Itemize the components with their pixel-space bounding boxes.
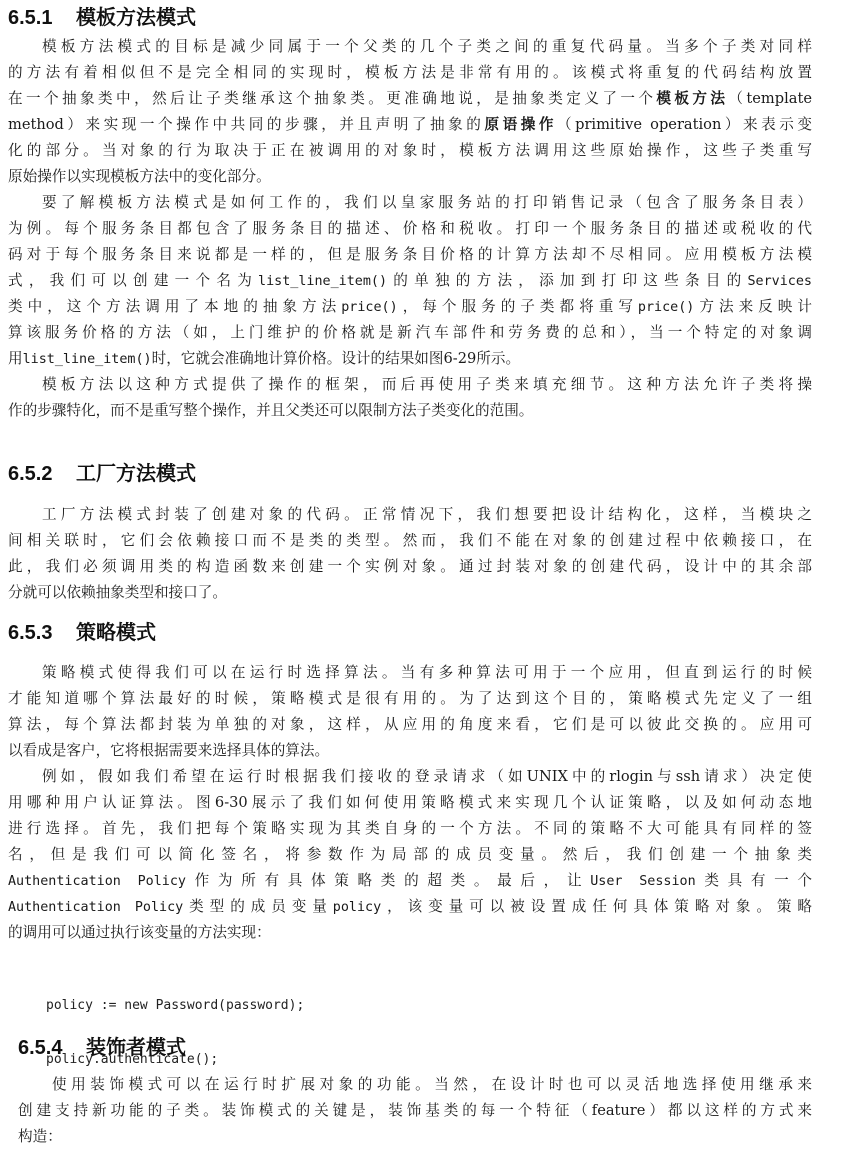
- section-number: 6.5.3: [8, 620, 76, 646]
- code-inline: Services: [747, 274, 812, 289]
- paragraph-line: 工厂方法模式封装了创建对象的代码。正常情况下，我们想要把设计结构化，这样，当模块…: [42, 502, 812, 528]
- paragraph-line: 此，我们必须调用类的构造函数来创建一个实例对象。通过封装对象的创建代码，设计中的…: [8, 554, 812, 580]
- section-title: 工厂方法模式: [76, 463, 196, 485]
- code-inline: list_line_item(): [23, 352, 152, 367]
- paragraph-line: 间相关联时，它们会依赖接口而不是类的类型。然而，我们不能在对象的创建过程中依赖接…: [8, 528, 812, 554]
- code-inline: Authentication Policy: [8, 874, 186, 889]
- paragraph-line: 模板方法以这种方式提供了操作的框架，而后再使用子类来填充细节。这种方法允许子类将…: [42, 372, 812, 398]
- text-run: 的单独的方法，添加到打印这些条目的: [387, 272, 747, 289]
- paragraph-line: 分就可以依赖抽象类型和接口了。: [8, 580, 812, 606]
- paragraph-line: 模板方法模式的目标是减少同属于一个父类的几个子类之间的重复代码量。当多个子类对同…: [42, 34, 812, 60]
- paragraph-line: 码对于每个服务条目来说都是一样的，但是服务条目价格的计算方法却不尽相同。应用模板…: [8, 242, 812, 268]
- paragraph-line: 进行选择。首先，我们把每个策略实现为其类自身的一个方法。不同的策略不大可能具有同…: [8, 816, 812, 842]
- text-run: 式，我们可以创建一个名为: [8, 272, 258, 289]
- section-number: 6.5.4: [18, 1035, 86, 1061]
- term-primitive-operation: 原语操作: [484, 116, 557, 133]
- text-run: 方法来反映计: [694, 298, 812, 315]
- paragraph-line: 要了解模板方法模式是如何工作的，我们以皇家服务站的打印销售记录（包含了服务条目表…: [42, 190, 812, 216]
- text-run: 在一个抽象类中，然后让子类继承这个抽象类。更准确地说，是抽象类定义了一个: [8, 90, 656, 107]
- section-heading-6-5-1: 6.5.1模板方法模式: [8, 5, 196, 31]
- code-inline: price(): [638, 300, 694, 315]
- text-run: ，该变量可以被设置成任何具体策略对象。策略: [381, 898, 812, 915]
- text-run: method）来实现一个操作中共同的步骤，并且声明了抽象的: [8, 116, 484, 133]
- paragraph-line: 创建支持新功能的子类。装饰模式的关键是，装饰基类的每一个特征（feature）都…: [18, 1098, 812, 1124]
- code-inline: price(): [341, 300, 397, 315]
- paragraph-line: 类中，这个方法调用了本地的抽象方法price()，每个服务的子类都将重写pric…: [8, 294, 812, 320]
- text-run: 类中，这个方法调用了本地的抽象方法: [8, 298, 341, 315]
- paragraph-line: 算法，每个算法都封装为单独的对象，这样，从应用的角度来看，它们是可以彼此交换的。…: [8, 712, 812, 738]
- text-run: （template: [728, 90, 812, 107]
- code-inline: list_line_item(): [258, 274, 387, 289]
- paragraph-line: 算该服务价格的方法（如，上门维护的价格就是新汽车部件和劳务费的总和），当一个特定…: [8, 320, 812, 346]
- section-heading-6-5-4: 6.5.4装饰者模式: [18, 1035, 186, 1061]
- code-inline: policy: [333, 900, 381, 915]
- section-number: 6.5.1: [8, 5, 76, 31]
- paragraph-line: 作的步骤特化，而不是重写整个操作，并且父类还可以限制方法子类变化的范围。: [8, 398, 812, 424]
- term-template-method: 模板方法: [656, 90, 728, 107]
- paragraph-line: 的方法有着相似但不是完全相同的实现时，模板方法是非常有用的。该模式将重复的代码结…: [8, 60, 812, 86]
- paragraph-line: 化的部分。当对象的行为取决于正在被调用的对象时，模板方法调用这些原始操作，这些子…: [8, 138, 812, 164]
- paragraph-line: 以看成是客户，它将根据需要来选择具体的算法。: [8, 738, 812, 764]
- paragraph-line: 用哪种用户认证算法。图6-30展示了我们如何使用策略模式来实现几个认证策略，以及…: [8, 790, 812, 816]
- section-number: 6.5.2: [8, 461, 76, 487]
- paragraph-line: 在一个抽象类中，然后让子类继承这个抽象类。更准确地说，是抽象类定义了一个模板方法…: [8, 86, 812, 112]
- paragraph-line: 的调用可以通过执行该变量的方法实现：: [8, 920, 812, 946]
- paragraph-line: method）来实现一个操作中共同的步骤，并且声明了抽象的原语操作（primit…: [8, 112, 812, 138]
- paragraph-line: 使用装饰模式可以在运行时扩展对象的功能。当然，在设计时也可以灵活地选择使用继承来: [52, 1072, 812, 1098]
- paragraph-line: 原始操作以实现模板方法中的变化部分。: [8, 164, 812, 190]
- paragraph-line: 用list_line_item()时，它就会准确地计算价格。设计的结果如图6-2…: [8, 346, 812, 372]
- code-line: policy := new Password(password);: [46, 997, 304, 1015]
- document-page: 6.5.1模板方法模式 模板方法模式的目标是减少同属于一个父类的几个子类之间的重…: [0, 0, 844, 1166]
- text-run: 作为所有具体策略类的超类。最后，让: [186, 872, 590, 889]
- paragraph-line: 例如，假如我们希望在运行时根据我们接收的登录请求（如UNIX中的rlogin与s…: [42, 764, 812, 790]
- text-run: ，每个服务的子类都将重写: [398, 298, 638, 315]
- paragraph-line: 策略模式使得我们可以在运行时选择算法。当有多种算法可用于一个应用，但直到运行的时…: [42, 660, 812, 686]
- paragraph-line: 才能知道哪个算法最好的时候，策略模式是很有用的。为了达到这个目的，策略模式先定义…: [8, 686, 812, 712]
- code-inline: User Session: [590, 874, 695, 889]
- paragraph-line: Authentication Policy作为所有具体策略类的超类。最后，让Us…: [8, 868, 812, 894]
- text-run: （primitive operation）来表示变: [557, 116, 812, 133]
- section-title: 模板方法模式: [76, 7, 196, 29]
- text-run: 用: [8, 350, 23, 367]
- paragraph-line: 构造：: [18, 1124, 812, 1150]
- paragraph-line: Authentication Policy类型的成员变量policy，该变量可以…: [8, 894, 812, 920]
- paragraph-line: 名，但是我们可以简化签名，将参数作为局部的成员变量。然后，我们创建一个抽象类: [8, 842, 812, 868]
- paragraph-line: 式，我们可以创建一个名为list_line_item()的单独的方法，添加到打印…: [8, 268, 812, 294]
- section-title: 装饰者模式: [86, 1037, 186, 1059]
- paragraph-line: 为例。每个服务条目都包含了服务条目的描述、价格和税收。打印一个服务条目的描述或税…: [8, 216, 812, 242]
- section-heading-6-5-3: 6.5.3策略模式: [8, 620, 156, 646]
- text-run: 类型的成员变量: [183, 898, 333, 915]
- section-title: 策略模式: [76, 622, 156, 644]
- text-run: 类具有一个: [696, 872, 812, 889]
- code-inline: Authentication Policy: [8, 900, 183, 915]
- section-heading-6-5-2: 6.5.2工厂方法模式: [8, 461, 196, 487]
- text-run: 时，它就会准确地计算价格。设计的结果如图6-29所示。: [152, 350, 520, 367]
